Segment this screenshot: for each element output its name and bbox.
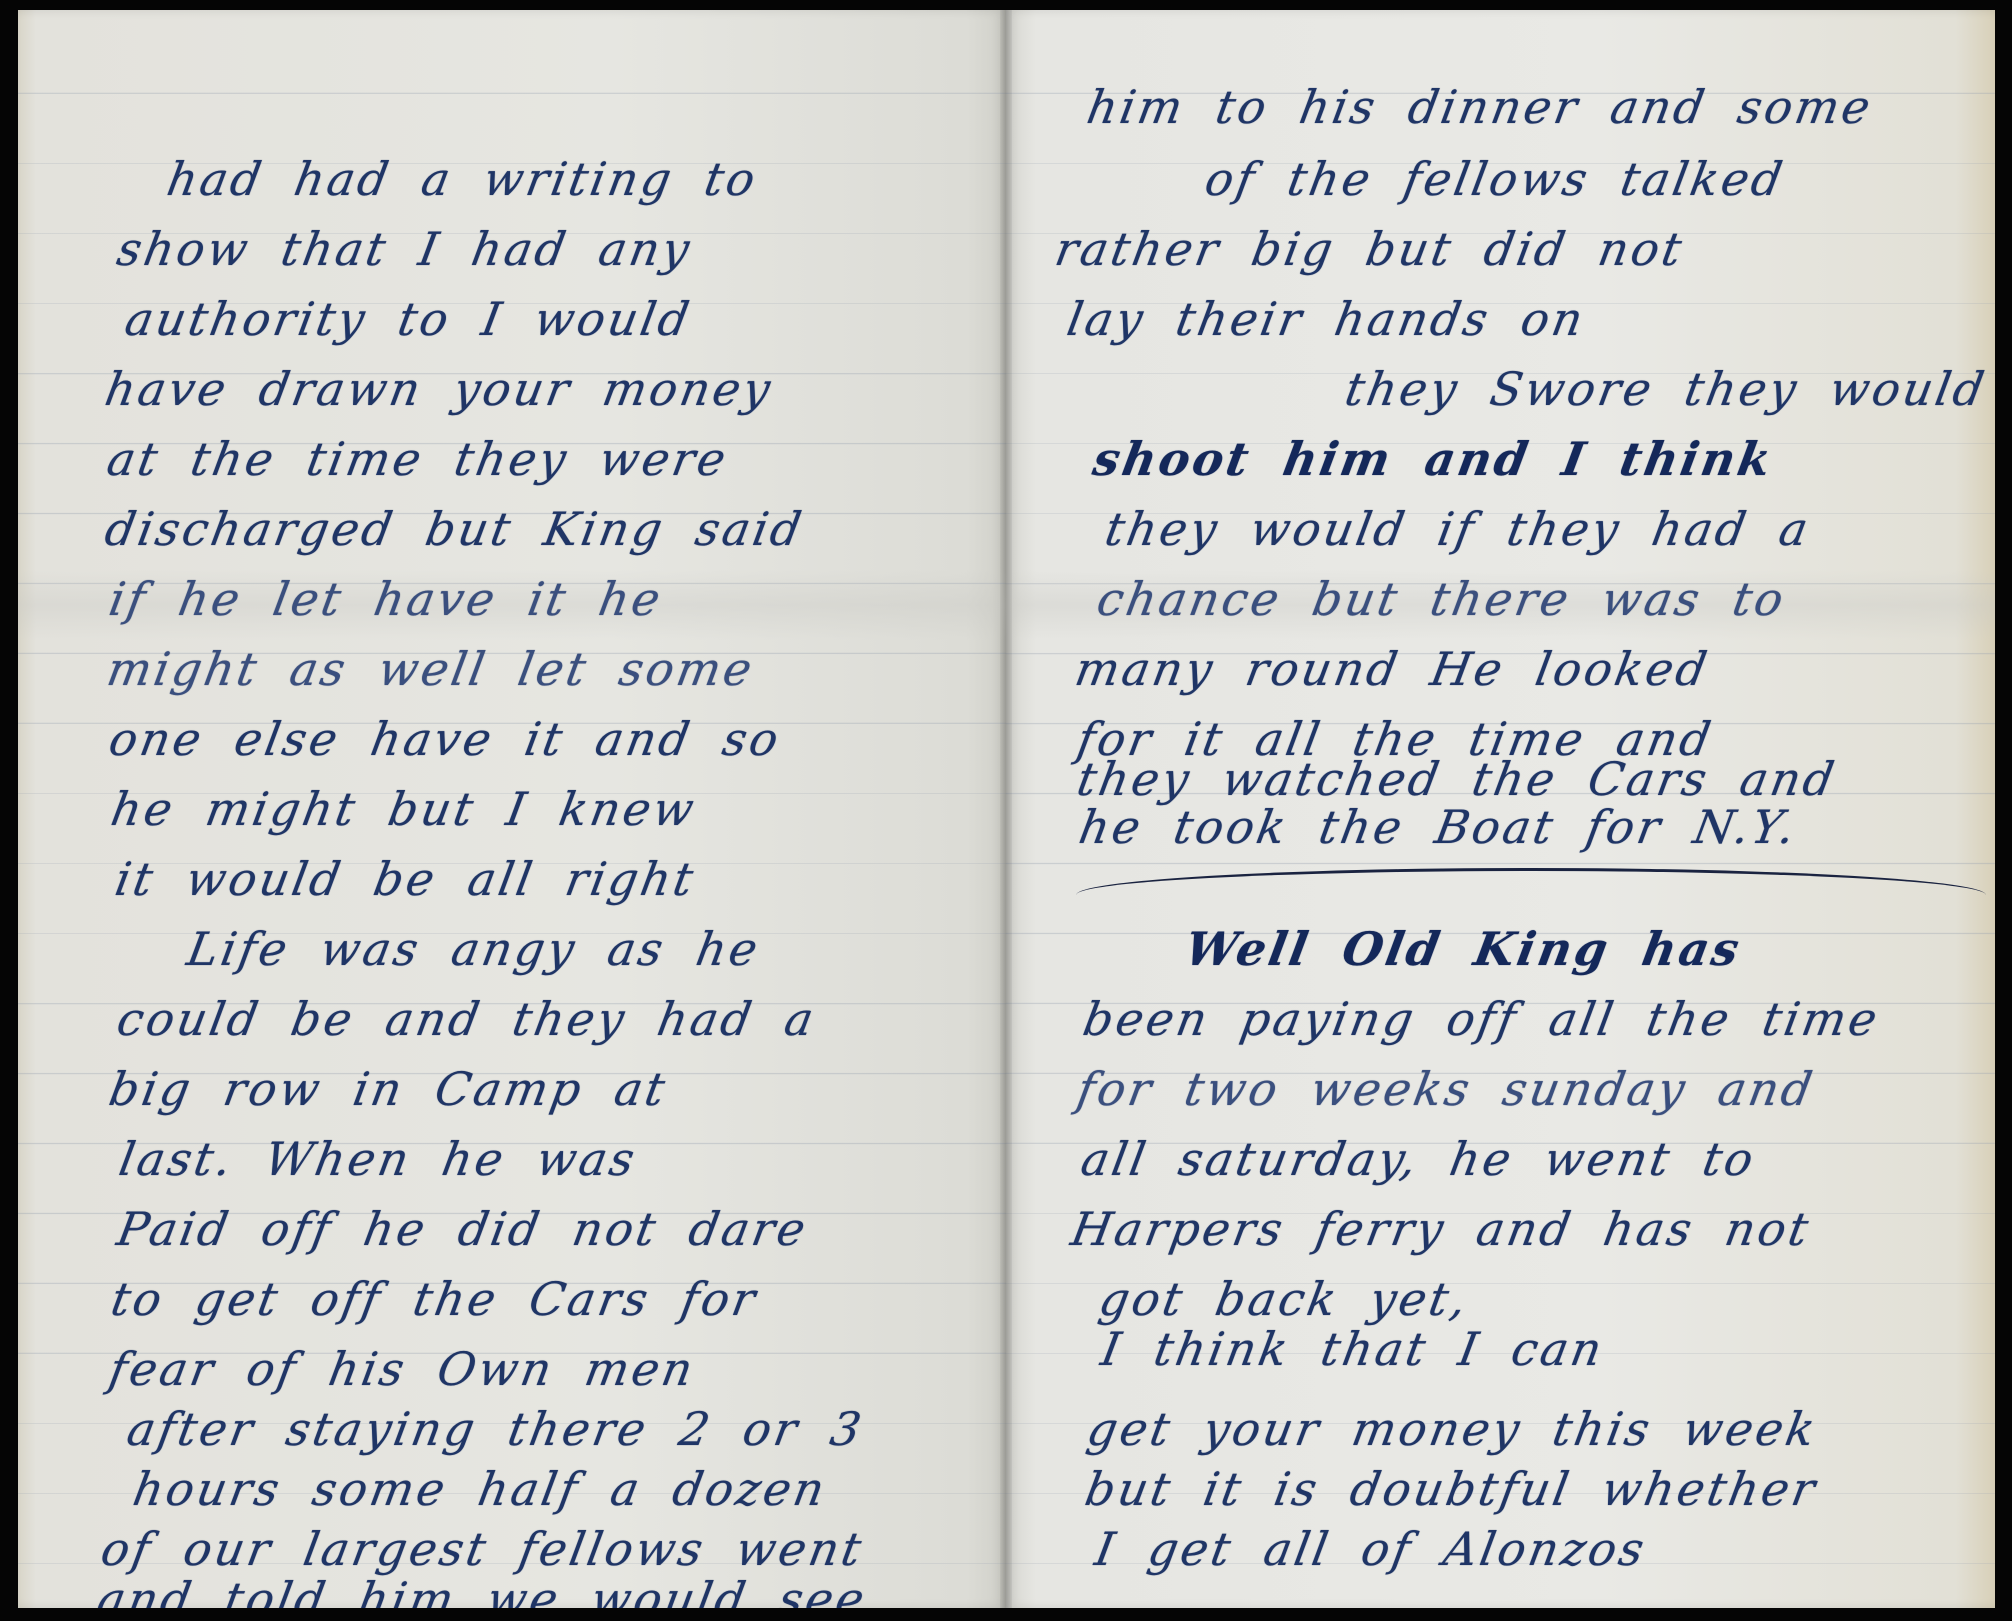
handwritten-line: had had a writing to xyxy=(163,152,762,206)
handwritten-line: lay their hands on xyxy=(1063,292,1590,346)
handwritten-line: they Swore they would xyxy=(1341,362,1991,416)
handwritten-line: Harpers ferry and has not xyxy=(1067,1202,1815,1256)
handwritten-line: have drawn your money xyxy=(101,362,777,416)
handwritten-line: get your money this week xyxy=(1083,1402,1822,1456)
handwritten-line: and told him we would see xyxy=(93,1572,871,1608)
handwritten-line: Life was angy as he xyxy=(183,922,764,976)
handwritten-line: show that I had any xyxy=(113,222,696,276)
handwritten-line: it would be all right xyxy=(111,852,700,906)
handwritten-line: I think that I can xyxy=(1097,1322,1609,1376)
handwritten-line: for two weeks sunday and xyxy=(1073,1062,1819,1116)
handwritten-line: of our largest fellows went xyxy=(97,1522,868,1576)
handwritten-line: but it is doubtful whether xyxy=(1081,1462,1822,1516)
handwritten-line: he took the Boat for N.Y. xyxy=(1075,800,1802,854)
handwritten-line: could be and they had a xyxy=(113,992,820,1046)
handwritten-line: of the fellows talked xyxy=(1201,152,1789,206)
section-divider-line xyxy=(1076,868,1986,895)
handwritten-line: at the time they were xyxy=(103,432,732,486)
handwritten-line: last. When he was xyxy=(115,1132,641,1186)
handwritten-line: I get all of Alonzos xyxy=(1091,1522,1651,1576)
handwritten-line: hours some half a dozen xyxy=(129,1462,831,1516)
handwritten-line: many round He looked xyxy=(1071,642,1713,696)
page-gutter-fold xyxy=(1000,10,1012,1608)
handwritten-line: he might but I knew xyxy=(107,782,701,836)
handwritten-line: they watched the Cars and xyxy=(1073,752,1841,806)
handwritten-line: all saturday, he went to xyxy=(1077,1132,1760,1186)
handwritten-line: might as well let some xyxy=(103,642,759,696)
handwritten-line: discharged but King said xyxy=(101,502,808,556)
handwritten-line: if he let have it he xyxy=(105,572,667,626)
handwritten-line: to get off the Cars for xyxy=(107,1272,762,1326)
handwritten-line: big row in Camp at xyxy=(105,1062,672,1116)
handwritten-line: authority to I would xyxy=(121,292,696,346)
handwritten-line: rather big but did not xyxy=(1051,222,1688,276)
handwritten-line: Paid off he did not dare xyxy=(113,1202,812,1256)
handwritten-line: fear of his Own men xyxy=(105,1342,700,1396)
handwritten-line: shoot him and I think xyxy=(1089,432,1778,486)
handwritten-line: they would if they had a xyxy=(1101,502,1815,556)
handwritten-line: one else have it and so xyxy=(105,712,785,766)
handwritten-line: him to his dinner and some xyxy=(1083,80,1877,134)
right-page: him to his dinner and some of the fellow… xyxy=(1006,10,1995,1608)
letter-spread: had had a writing to show that I had any… xyxy=(0,0,2012,1621)
handwritten-line: after staying there 2 or 3 xyxy=(123,1402,868,1456)
handwritten-line: Well Old King has xyxy=(1181,922,1746,976)
left-page: had had a writing to show that I had any… xyxy=(18,10,1006,1608)
handwritten-line: chance but there was to xyxy=(1093,572,1790,626)
handwritten-line: been paying off all the time xyxy=(1079,992,1884,1046)
handwritten-line: got back yet, xyxy=(1095,1272,1473,1326)
